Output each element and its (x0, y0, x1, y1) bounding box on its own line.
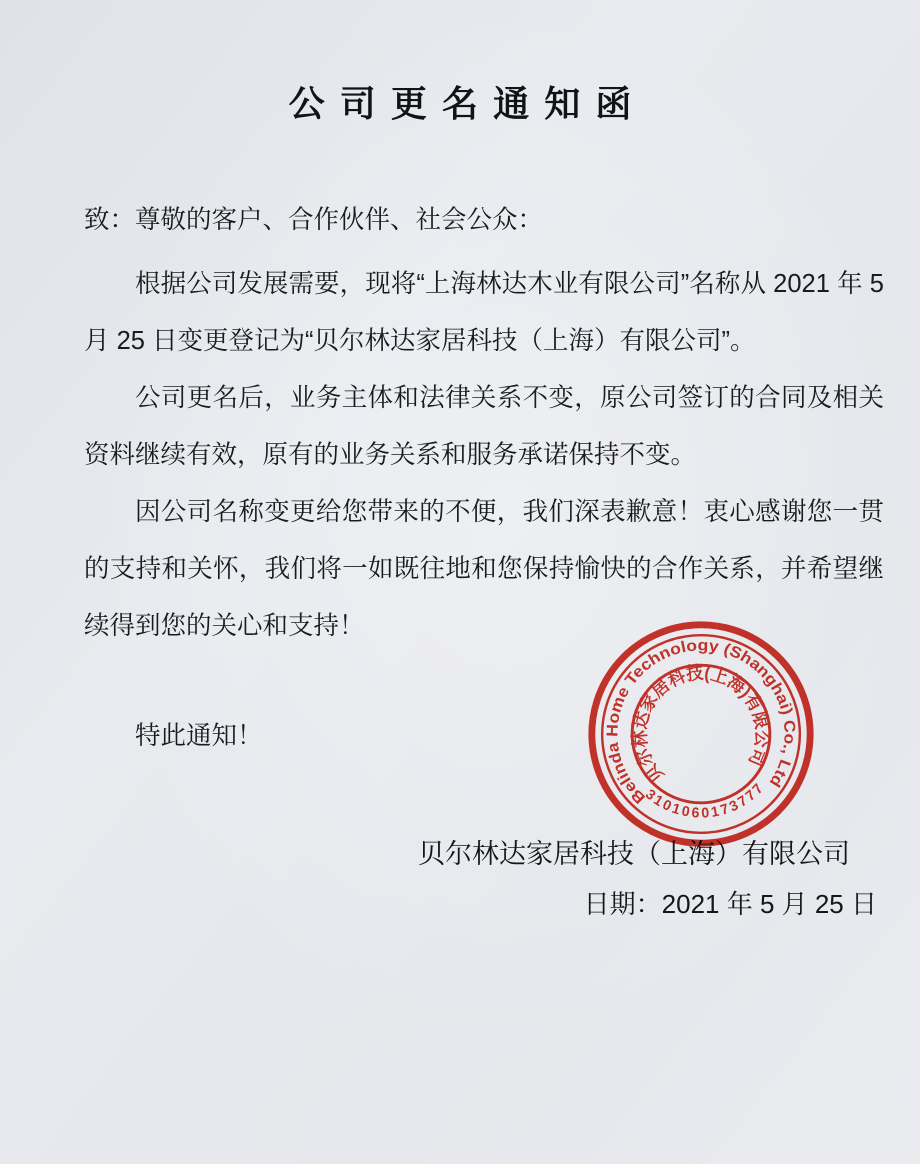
salutation: 致：尊敬的客户、合作伙伴、社会公众： (84, 192, 884, 249)
seal-chinese-text: 贝尔林达家居科技(上海)有限公司 (624, 657, 776, 788)
paragraphs-container: 根据公司发展需要，现将“上海林达木业有限公司”名称从 2021 年 5 月 25… (84, 256, 884, 655)
paragraph: 根据公司发展需要，现将“上海林达木业有限公司”名称从 2021 年 5 月 25… (84, 256, 884, 370)
seal-english-text: Belinda Home Technology (Shanghai) Co., … (598, 631, 802, 809)
letter-title: 公司更名通知函 (0, 0, 920, 124)
letter-page: 公司更名通知函 致：尊敬的客户、合作伙伴、社会公众： 根据公司发展需要，现将“上… (0, 0, 920, 1164)
signature-date: 日期：2021 年 5 月 25 日 (584, 889, 877, 920)
paragraph: 公司更名后，业务主体和法律关系不变，原公司签订的合同及相关资料继续有效，原有的业… (84, 370, 884, 484)
company-seal-stamp: Belinda Home Technology (Shanghai) Co., … (575, 608, 827, 860)
seal-graphic: Belinda Home Technology (Shanghai) Co., … (575, 608, 827, 860)
